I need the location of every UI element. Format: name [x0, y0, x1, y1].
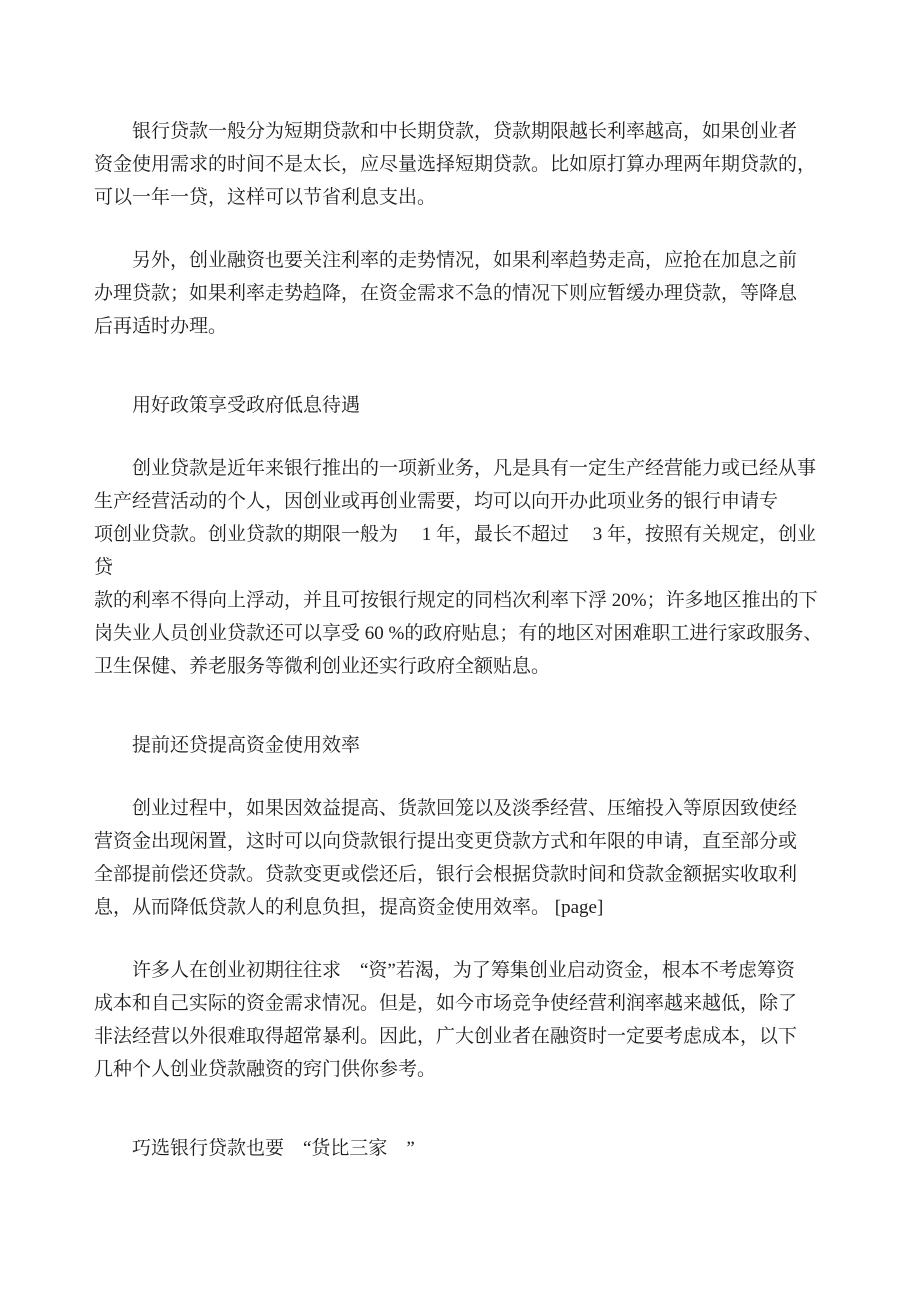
document-page: 银行贷款一般分为短期贷款和中长期贷款，贷款期限越长利率越高，如果创业者 资金使用…	[0, 0, 920, 1303]
section-heading-policy: 用好政策享受政府低息待遇	[94, 373, 834, 422]
paragraph-bank-loan-terms: 银行贷款一般分为短期贷款和中长期贷款，贷款期限越长利率越高，如果创业者 资金使用…	[94, 115, 834, 214]
paragraph-early-repayment: 创业过程中，如果因效益提高、货款回笼以及淡季经营、压缩投入等原因致使经 营资金出…	[94, 792, 834, 924]
paragraph-startup-loan-policy: 创业贷款是近年来银行推出的一项新业务，凡是具有一定生产经营能力或已经从事 生产经…	[94, 452, 834, 683]
section-heading-compare-banks: 巧选银行贷款也要 “货比三家 ”	[94, 1116, 834, 1165]
paragraph-interest-rate-trend: 另外，创业融资也要关注利率的走势情况，如果利率趋势走高，应抢在加息之前 办理贷款…	[94, 244, 834, 343]
paragraph-financing-cost: 许多人在创业初期往往求 “资”若渴，为了筹集创业启动资金，根本不考虑筹资 成本和…	[94, 954, 834, 1086]
section-heading-early-repay: 提前还贷提高资金使用效率	[94, 713, 834, 762]
